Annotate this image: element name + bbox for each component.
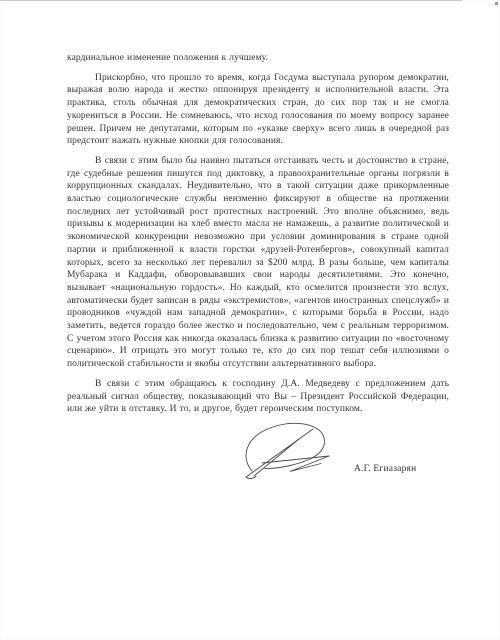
signature-cross-stroke: [262, 456, 329, 463]
scan-edge-artifact: [0, 0, 462, 1]
paragraph-appeal-to-medvedev: В связи с этим обращаюсь к господину Д.А…: [67, 378, 449, 416]
paragraph-main-argument: В связи с этим было бы наивно пытаться о…: [67, 155, 449, 371]
signature-loop: [246, 423, 324, 471]
signatory-name: А.Г. Егиазарян: [354, 464, 416, 474]
signature-tail: [246, 477, 256, 479]
paragraph-continuation: кардинальное изменение положения к лучше…: [67, 52, 449, 65]
paragraph-duma-criticism: Прискорбно, что прошло то время, когда Г…: [67, 72, 449, 148]
handwritten-signature: [238, 419, 334, 483]
letter-body: кардинальное изменение положения к лучше…: [67, 52, 449, 423]
letter-page: кардинальное изменение положения к лучше…: [0, 0, 500, 640]
scan-speck-artifact: [495, 2, 498, 5]
